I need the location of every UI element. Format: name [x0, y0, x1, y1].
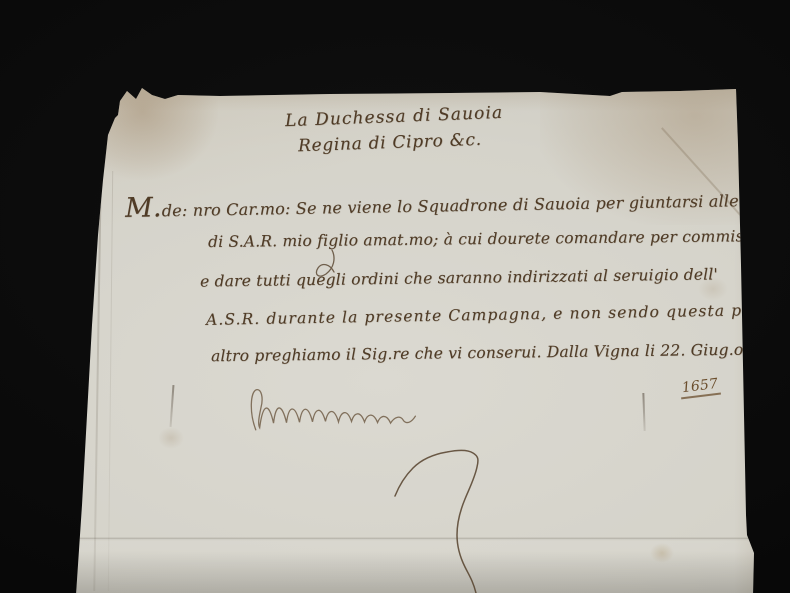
signature-scrawl — [244, 378, 426, 436]
photo-background: La Duchessa di Sauoia Regina di Cipro &c… — [0, 0, 790, 593]
heading-line-2: Regina di Cipro &c. — [298, 130, 482, 156]
letter-sheet: La Duchessa di Sauoia Regina di Cipro &c… — [70, 85, 760, 593]
body-line-1: M.de: nro Car.mo: Se ne viene lo Squadro… — [125, 181, 790, 224]
paper-stain-right-edge — [734, 85, 760, 593]
ink-scratch-mark — [642, 393, 645, 431]
paper-stain-top-left — [88, 85, 218, 180]
heading-line-1: La Duchessa di Sauoia — [285, 103, 504, 131]
flourish-stroke — [385, 443, 490, 593]
body-line-4: A.S.R. durante la presente Campagna, e n… — [206, 301, 761, 329]
ink-scratch-mark — [170, 385, 174, 427]
year-note: 1657 — [679, 376, 721, 400]
paper-spot — [158, 427, 184, 449]
paper-spot — [650, 543, 674, 563]
fold-crease-left-faint — [108, 171, 113, 591]
fold-crease-left — [93, 113, 103, 591]
body-line-2: di S.A.R. mio figlio amat.mo; à cui dour… — [208, 227, 772, 251]
body-line-5: altro preghiamo il Sig.re che vi conseru… — [211, 341, 744, 366]
body-line-3: e dare tutti quegli ordini che saranno i… — [200, 265, 718, 290]
descender-swash — [310, 248, 340, 288]
